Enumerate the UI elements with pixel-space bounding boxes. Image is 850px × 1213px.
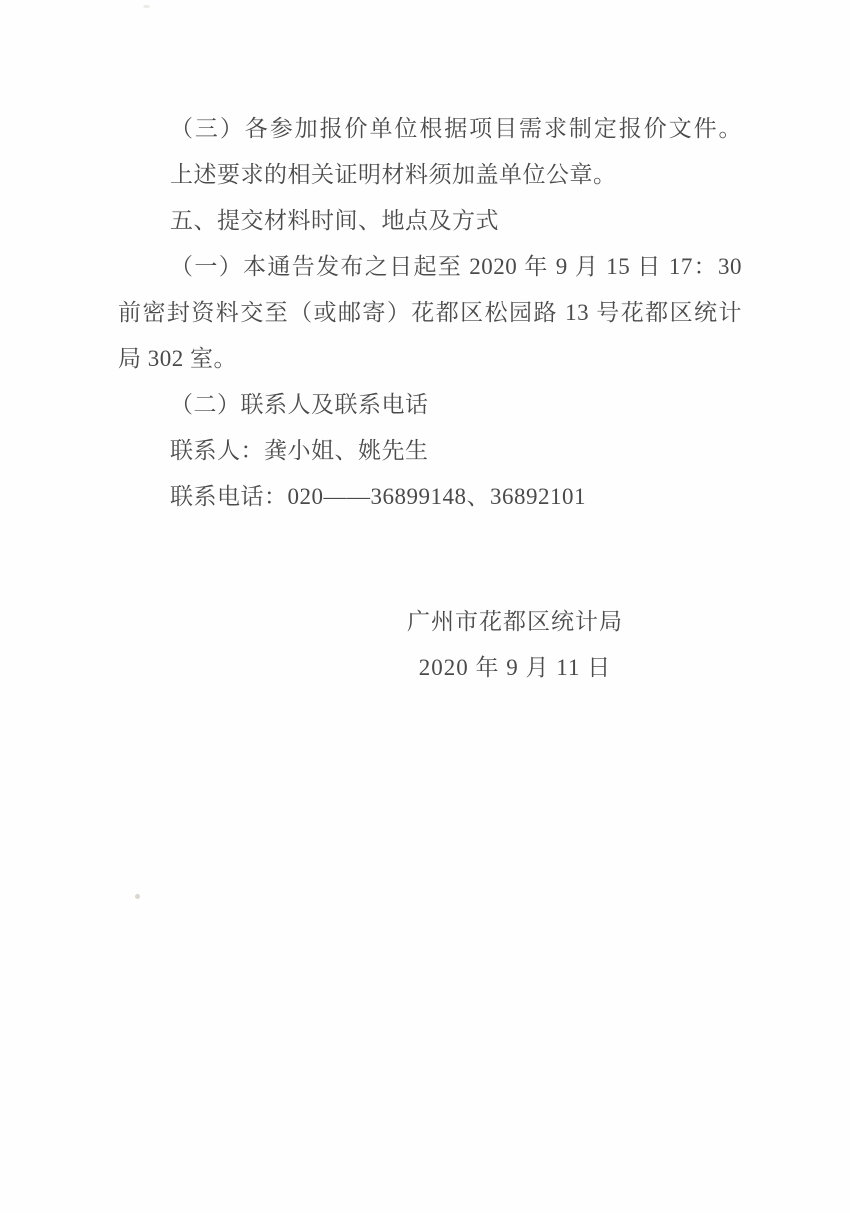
paragraph-line-contact-names: 联系人：龚小姐、姚先生	[118, 428, 742, 474]
paragraph-line-item-3: （三）各参加报价单位根据项目需求制定报价文件。	[118, 106, 742, 152]
section-heading-5: 五、提交材料时间、地点及方式	[118, 198, 742, 244]
document-page: （三）各参加报价单位根据项目需求制定报价文件。 上述要求的相关证明材料须加盖单位…	[0, 0, 850, 1213]
paragraph-line-contact-heading: （二）联系人及联系电话	[118, 382, 742, 428]
signature-organization: 广州市花都区统计局	[330, 599, 700, 645]
scan-artifact-speck	[143, 5, 150, 8]
signature-block: 广州市花都区统计局 2020 年 9 月 11 日	[330, 599, 700, 691]
paragraph-line-deadline-2: 前密封资料交至（或邮寄）花都区松园路 13 号花都区统计	[118, 290, 742, 336]
paragraph-line-deadline-1: （一）本通告发布之日起至 2020 年 9 月 15 日 17：30	[118, 244, 742, 290]
scan-artifact-speck	[135, 894, 140, 899]
paragraph-line-stamp-requirement: 上述要求的相关证明材料须加盖单位公章。	[118, 152, 742, 198]
signature-date: 2020 年 9 月 11 日	[330, 645, 700, 691]
document-body: （三）各参加报价单位根据项目需求制定报价文件。 上述要求的相关证明材料须加盖单位…	[118, 106, 742, 520]
paragraph-line-contact-phones: 联系电话：020——36899148、36892101	[118, 474, 742, 520]
paragraph-line-deadline-3: 局 302 室。	[118, 336, 742, 382]
